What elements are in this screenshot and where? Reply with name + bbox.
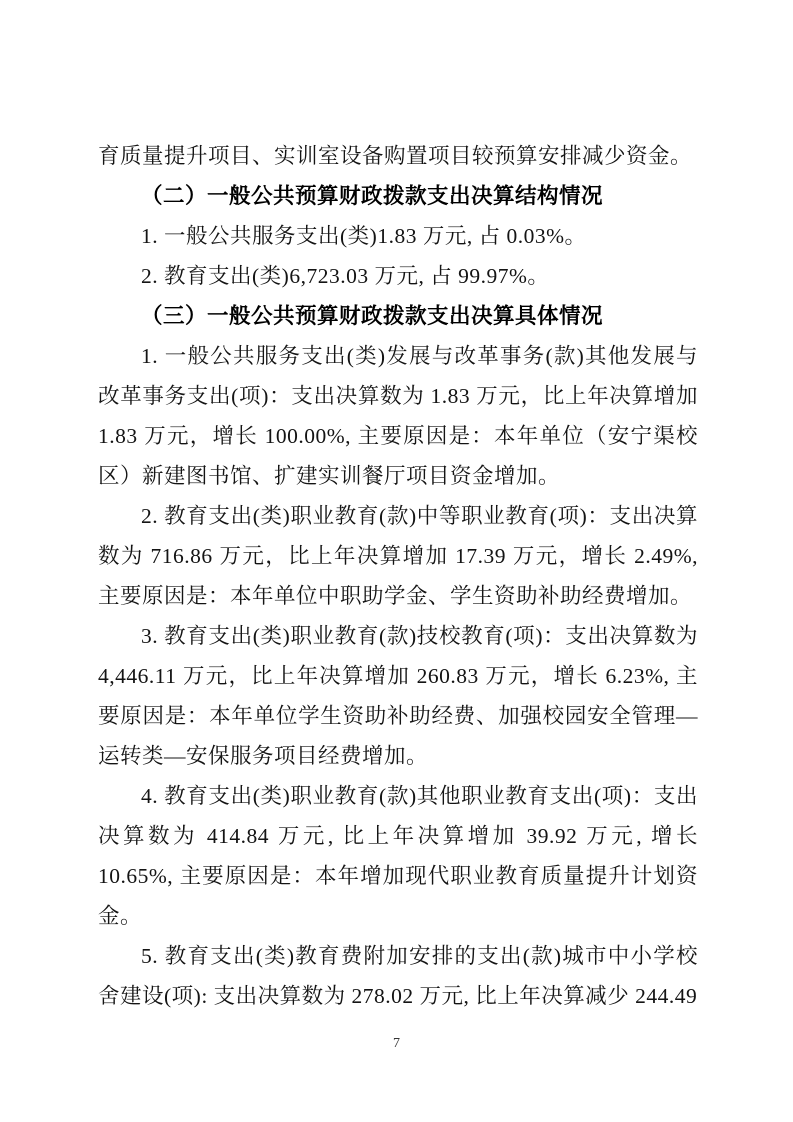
page-number: 7 (0, 1036, 793, 1052)
structure-item-2: 2. 教育支出(类)6,723.03 万元, 占 99.97%。 (98, 256, 698, 296)
document-body: 育质量提升项目、实训室设备购置项目较预算安排减少资金。 （二）一般公共预算财政拨… (98, 136, 698, 1016)
section-heading-3: （三）一般公共预算财政拨款支出决算具体情况 (98, 296, 698, 336)
detail-paragraph-1: 1. 一般公共服务支出(类)发展与改革事务(款)其他发展与改革事务支出(项)：支… (98, 336, 698, 496)
paragraph-continuation: 育质量提升项目、实训室设备购置项目较预算安排减少资金。 (98, 136, 698, 176)
detail-paragraph-2: 2. 教育支出(类)职业教育(款)中等职业教育(项)：支出决算数为 716.86… (98, 496, 698, 616)
detail-paragraph-3: 3. 教育支出(类)职业教育(款)技校教育(项)：支出决算数为 4,446.11… (98, 616, 698, 776)
detail-paragraph-4: 4. 教育支出(类)职业教育(款)其他职业教育支出(项)：支出决算数为 414.… (98, 776, 698, 936)
structure-item-1: 1. 一般公共服务支出(类)1.83 万元, 占 0.03%。 (98, 216, 698, 256)
document-page: 育质量提升项目、实训室设备购置项目较预算安排减少资金。 （二）一般公共预算财政拨… (0, 0, 793, 1122)
detail-paragraph-5: 5. 教育支出(类)教育费附加安排的支出(款)城市中小学校舍建设(项): 支出决… (98, 936, 698, 1016)
section-heading-2: （二）一般公共预算财政拨款支出决算结构情况 (98, 176, 698, 216)
